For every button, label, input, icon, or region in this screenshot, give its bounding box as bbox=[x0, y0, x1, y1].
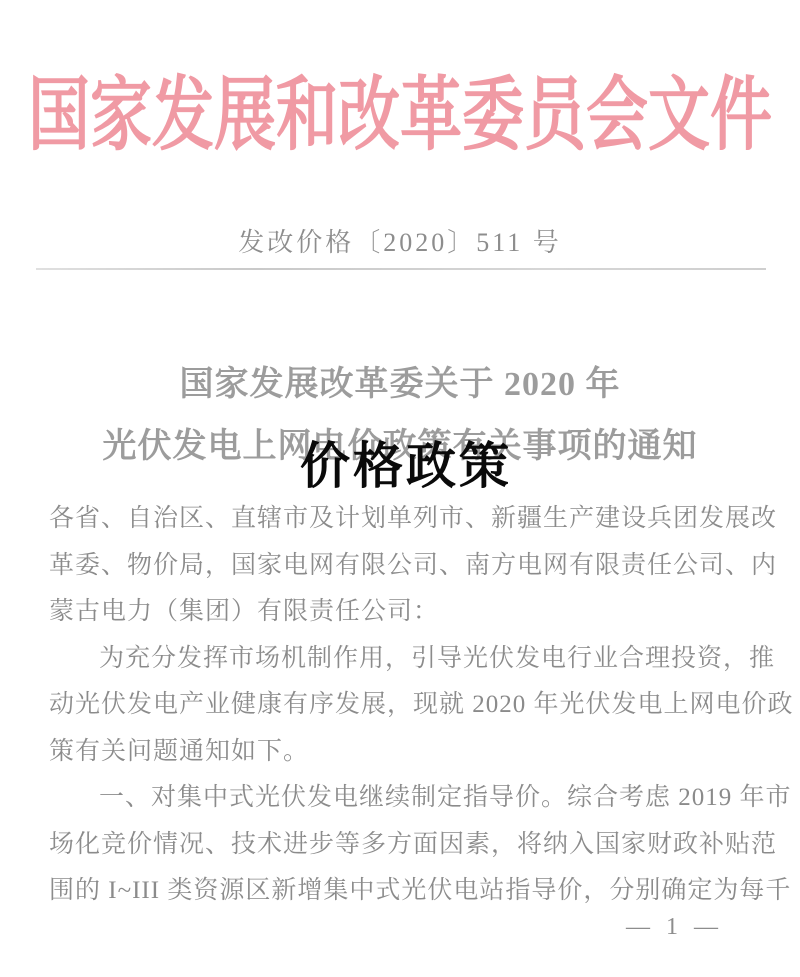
letterhead-title: 国家发展和改革委员会文件 bbox=[0, 50, 800, 166]
body-line: 动光伏发电产业健康有序发展，现就 2020 年光伏发电上网电价政 bbox=[49, 682, 753, 729]
body-line: 围的 I~III 类资源区新增集中式光伏电站指导价，分别确定为每千 bbox=[49, 868, 753, 915]
body-line: 为充分发挥市场机制作用，引导光伏发电行业合理投资，推 bbox=[49, 636, 753, 683]
body-line: 场化竞价情况、技术进步等多方面因素，将纳入国家财政补贴范 bbox=[49, 822, 753, 869]
document-title-line-1: 国家发展改革委关于 2020 年 bbox=[0, 356, 800, 405]
document-page: 国家发展和改革委员会文件 发改价格〔2020〕511 号 国家发展改革委关于 2… bbox=[0, 0, 800, 977]
body-line: 各省、自治区、直辖市及计划单列市、新疆生产建设兵团发展改 bbox=[49, 496, 753, 543]
body-line: 策有关问题通知如下。 bbox=[49, 729, 753, 776]
document-body: 各省、自治区、直辖市及计划单列市、新疆生产建设兵团发展改 革委、物价局，国家电网… bbox=[49, 496, 753, 915]
document-number: 发改价格〔2020〕511 号 bbox=[0, 222, 800, 259]
body-line: 蒙古电力（集团）有限责任公司： bbox=[49, 589, 753, 636]
overlay-caption: 价格政策 bbox=[300, 426, 512, 498]
body-line: 一、对集中式光伏发电继续制定指导价。综合考虑 2019 年市 bbox=[49, 775, 753, 822]
body-line: 革委、物价局，国家电网有限公司、南方电网有限责任公司、内 bbox=[49, 543, 753, 590]
page-number: — 1 — bbox=[626, 914, 723, 941]
header-divider bbox=[36, 268, 766, 270]
